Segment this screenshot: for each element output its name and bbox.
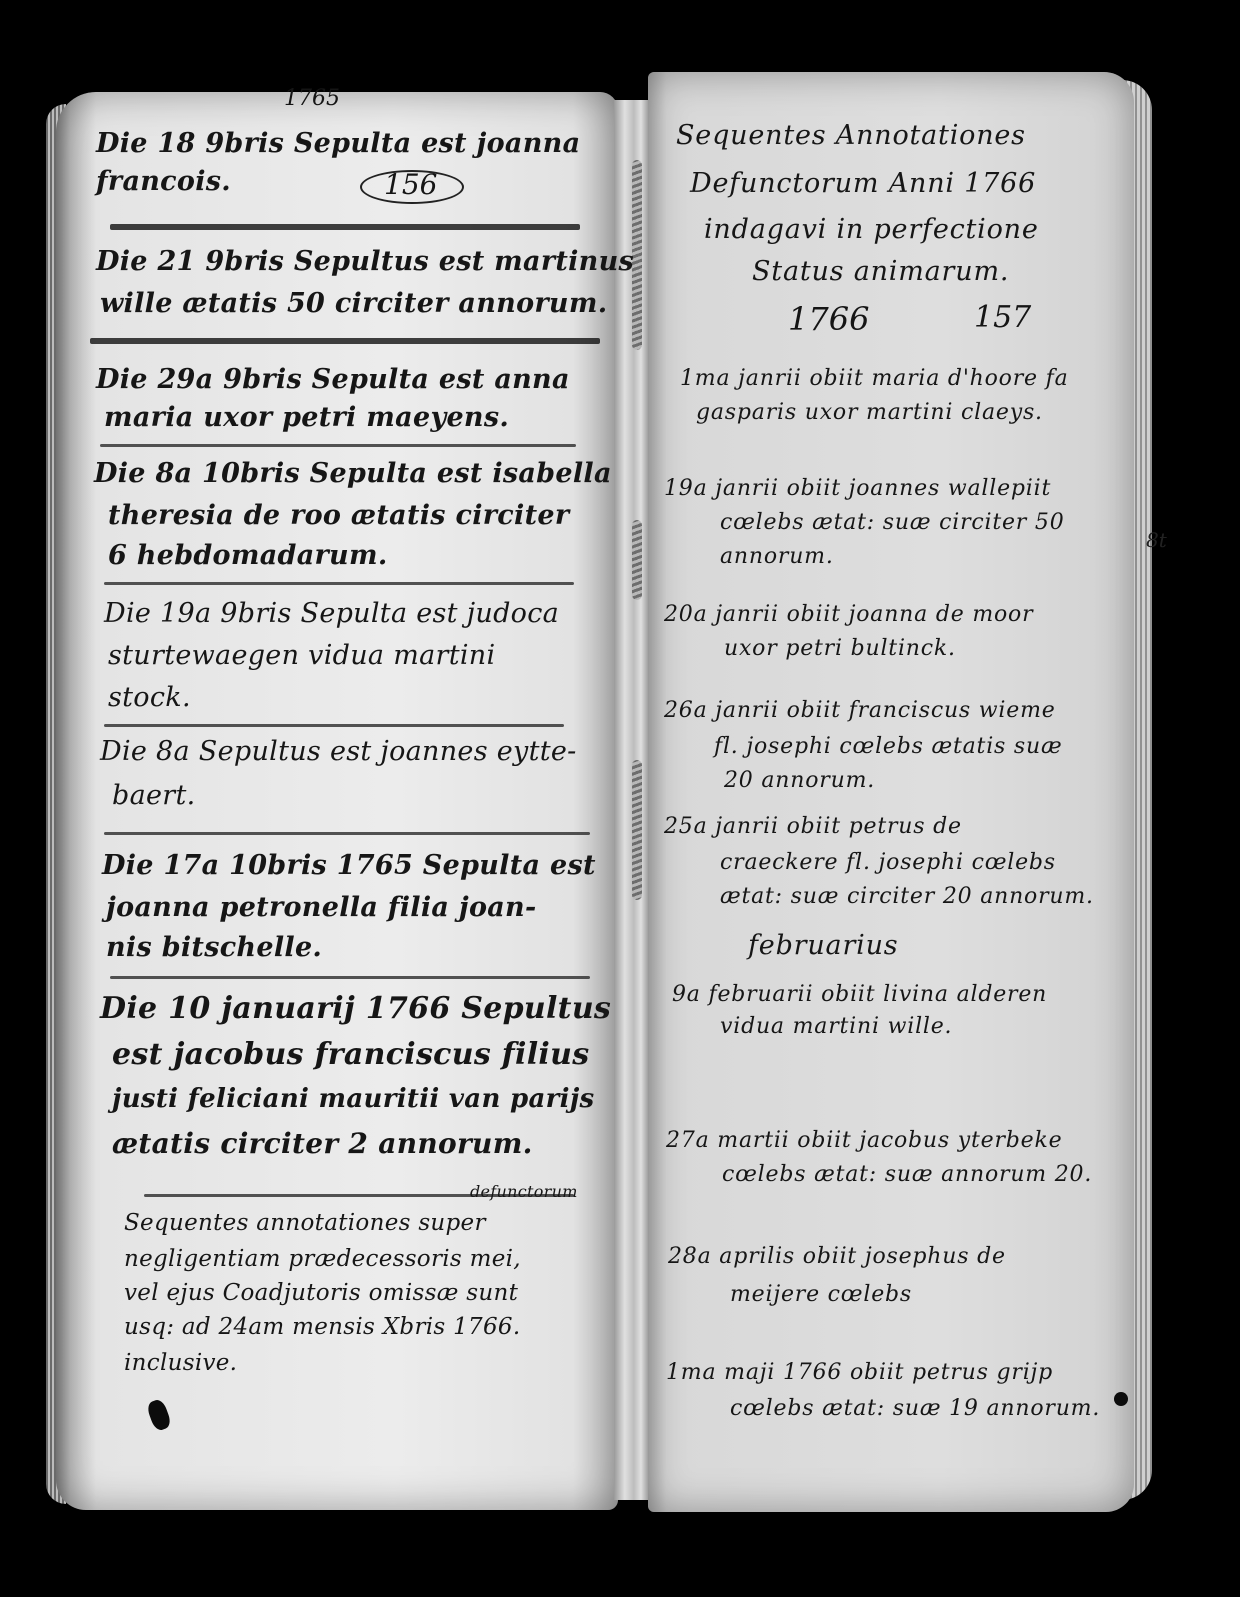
death-entry-line: cœlebs ætat: suæ 19 annorum. [730,1398,1100,1420]
separator-rule [110,224,580,230]
closing-note-line: vel ejus Coadjutoris omissæ sunt [124,1282,518,1305]
heading-line: Sequentes Annotationes [676,122,1026,149]
entry-line: francois. [96,168,231,195]
entry-line: sturtewaegen vidua martini [108,642,495,669]
binding-thread [632,760,642,900]
death-entry-line: 19a janrii obiit joannes wallepiit [664,478,1051,500]
entry-line: 6 hebdomadarum. [108,542,388,569]
entry-line: joanna petronella filia joan- [106,894,537,921]
death-entry-line: cœlebs ætat: suæ circiter 50 [720,512,1065,534]
death-entry-line: 1ma maji 1766 obiit petrus grijp [666,1362,1053,1384]
death-entry-line: 28a aprilis obiit josephus de [668,1246,1006,1268]
closing-note-line: negligentiam prædecessoris mei, [124,1248,521,1271]
entry-line: ætatis circiter 2 annorum. [112,1130,533,1158]
separator-rule [104,724,564,727]
death-entry-line: meijere cœlebs [730,1284,912,1306]
death-entry-line: 25a janrii obiit petrus de [664,816,962,838]
entry-line: theresia de roo ætatis circiter [108,502,569,529]
folio-number-right: 157 [974,300,1031,335]
entry-line: Die 21 9bris Sepultus est martinus [96,248,634,275]
death-entry-line: cœlebs ætat: suæ annorum 20. [722,1164,1092,1186]
death-entry-line: vidua martini wille. [720,1016,952,1038]
year-heading: 1766 [788,300,869,338]
death-entry-line: craeckere fl. josephi cœlebs [720,852,1056,874]
closing-note-superscript: defunctorum [470,1184,578,1200]
death-entry-line: 20 annorum. [724,770,875,792]
entry-line: Die 10 januarij 1766 Sepultus [100,994,611,1024]
death-entry-line: annorum. [720,546,834,568]
closing-note-line: usq: ad 24am mensis Xbris 1766. [124,1316,520,1339]
entry-line: Die 19a 9bris Sepulta est judoca [104,600,559,627]
entry-line: Die 8a 10bris Sepulta est isabella [94,460,612,487]
separator-rule [90,338,600,344]
closing-note-line: inclusive. [124,1352,237,1375]
entry-line: baert. [112,782,196,809]
death-entry-line: ætat: suæ circiter 20 annorum. [720,886,1094,908]
entry-line: Die 18 9bris Sepulta est joanna [96,130,580,157]
heading-line: Defunctorum Anni 1766 [690,170,1036,197]
entry-line: est jacobus franciscus filius [112,1040,589,1070]
heading-line: Status animarum. [752,258,1009,285]
month-heading: februarius [748,932,898,959]
margin-mark: 8t [1146,528,1167,552]
separator-rule [104,832,590,835]
death-entry-line: fl. josephi cœlebs ætatis suæ [714,736,1062,758]
entry-line: Die 29a 9bris Sepulta est anna [96,366,570,393]
death-entry-line: gasparis uxor martini claeys. [696,402,1043,424]
death-entry-line: uxor petri bultinck. [724,638,956,660]
separator-rule [110,976,590,979]
entry-line: stock. [108,684,191,711]
closing-note-line: Sequentes annotationes super [124,1212,486,1235]
entry-line: Die 17a 10bris 1765 Sepulta est [102,852,596,879]
year-annotation: 1765 [284,86,340,111]
death-entry-line: 9a februarii obiit livina alderen [672,984,1047,1006]
entry-line: Die 8a Sepultus est joannes eytte- [100,738,577,765]
entry-line: maria uxor petri maeyens. [104,404,509,431]
entry-line: justi feliciani mauritii van parijs [112,1086,594,1112]
folio-number-left: 156 [384,168,437,201]
entry-line: wille ætatis 50 circiter annorum. [100,290,607,317]
death-entry-line: 20a janrii obiit joanna de moor [664,604,1033,626]
death-entry-line: 1ma janrii obiit maria d'hoore fa [680,368,1069,390]
death-entry-line: 26a janrii obiit franciscus wieme [664,700,1056,722]
separator-rule [104,582,574,585]
entry-line: nis bitschelle. [106,934,322,961]
ink-blot [1114,1392,1128,1406]
heading-line: indagavi in perfectione [704,216,1039,243]
death-entry-line: 27a martii obiit jacobus yterbeke [666,1130,1062,1152]
separator-rule [100,444,576,447]
binding-thread [632,520,642,600]
